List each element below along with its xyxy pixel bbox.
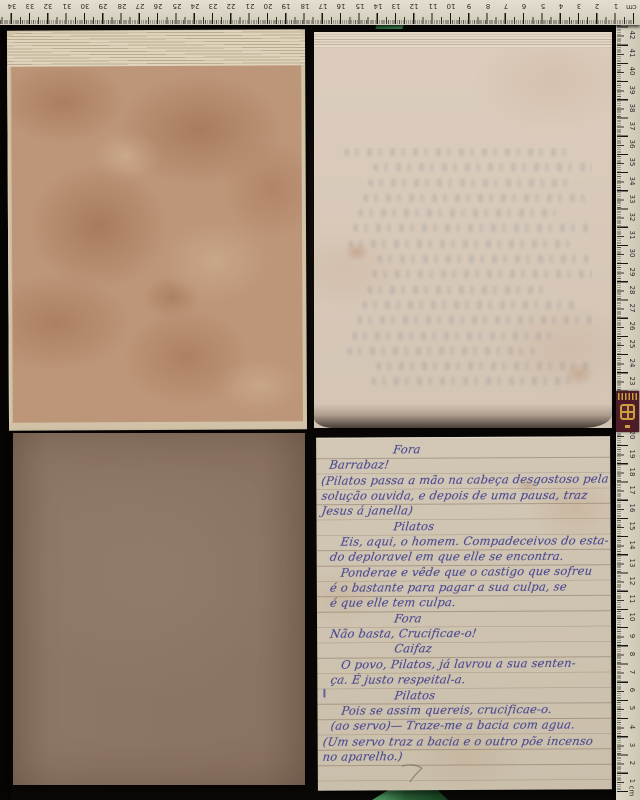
ruler-number: 7 [628, 665, 636, 679]
ruler-number: 33 [628, 192, 636, 206]
ruler-number: 3 [628, 738, 636, 752]
ruler-number: 3 [573, 2, 585, 10]
pencil-squiggle [398, 762, 432, 784]
manuscript-line: Ponderae e vêde que o castigo que sofreu [340, 563, 613, 580]
bleedthrough-line [376, 362, 592, 370]
ruler-number: 13 [390, 2, 402, 10]
bleedthrough-line [377, 255, 589, 263]
bleedthrough-line [363, 194, 592, 202]
manuscript-line: é que elle tem culpa. [329, 595, 613, 612]
bleedthrough-line [373, 163, 592, 171]
ruler-number: 33 [24, 2, 36, 10]
ruler-number: 38 [628, 101, 636, 115]
ruler-number: 42 [628, 28, 636, 42]
manuscript-line: O povo, Pilatos, já lavrou a sua senten- [340, 655, 613, 672]
ruler-number: 8 [482, 2, 494, 10]
faint-recto-page [314, 32, 612, 428]
ruler-number: 9 [463, 2, 475, 10]
ruler-number: 1 [610, 2, 622, 10]
stained-verso-page [7, 29, 307, 431]
bleedthrough-line [362, 301, 580, 309]
ruler-number: 34 [628, 174, 636, 188]
manuscript-page: ForaBarrabaz!(Pilatos passa a mão na cab… [316, 436, 612, 791]
ruler-number: 12 [408, 2, 420, 10]
ink-bleedthrough [340, 148, 592, 388]
ruler-number: 2 [628, 756, 636, 770]
bleedthrough-line [367, 286, 545, 294]
ruler-number: 20 [262, 2, 274, 10]
ruler-number: 18 [299, 2, 311, 10]
ruler-number: 25 [171, 2, 183, 10]
ruler-number: 15 [628, 519, 636, 533]
ruler-number: 30 [628, 246, 636, 260]
ruler-number: 14 [372, 2, 384, 10]
manuscript-line: (Pilatos passa a mão na cabeça desgostos… [320, 471, 612, 489]
ruler-number: 37 [628, 119, 636, 133]
ruler-number: 2 [591, 2, 603, 10]
ruler-number: 23 [628, 374, 636, 388]
manuscript-line: Fora [392, 441, 612, 457]
ruler-number: 31 [61, 2, 73, 10]
ruler-number: 34 [6, 2, 18, 10]
ruler-number: 6 [628, 683, 636, 697]
manuscript-lines: ForaBarrabaz!(Pilatos passa a mão na cab… [316, 441, 612, 765]
ruler-number: 28 [628, 283, 636, 297]
horizontal-ruler: cm 1234567891011121314151617181920212223… [0, 0, 640, 25]
page-stack-edges [314, 32, 612, 48]
ruler-number: 26 [628, 319, 636, 333]
bleedthrough-line [357, 316, 592, 324]
ruler-number: 15 [354, 2, 366, 10]
ruler-number: 41 [628, 46, 636, 60]
ruler-number: 7 [500, 2, 512, 10]
kraft-cover-page [13, 433, 305, 785]
ruler-number: 10 [445, 2, 457, 10]
ruler-number: 32 [42, 2, 54, 10]
crest-gold-dot [625, 425, 630, 428]
ruler-number: 29 [628, 265, 636, 279]
ruler-number: 23 [207, 2, 219, 10]
bleedthrough-line [372, 270, 592, 278]
ruler-number: 12 [628, 574, 636, 588]
ruler-number: 5 [537, 2, 549, 10]
ruler-number: 25 [628, 337, 636, 351]
manuscript-line: Pilatos [393, 517, 613, 534]
ruler-number: 17 [628, 483, 636, 497]
ruler-number: 36 [628, 137, 636, 151]
ruler-number: 24 [628, 356, 636, 370]
ruler-number: 4 [555, 2, 567, 10]
ruler-unit-label: cm [626, 3, 637, 11]
page-stack-edges [7, 29, 305, 69]
bleedthrough-line [352, 332, 560, 340]
ruler-number: 32 [628, 210, 636, 224]
ruler-number: 4 [628, 720, 636, 734]
ruler-number: 8 [628, 647, 636, 661]
manuscript-line: (ao servo)— Traze-me a bacia com agua. [330, 717, 614, 734]
ruler-number: 18 [628, 465, 636, 479]
manuscript-line: Jesus á janella) [321, 503, 613, 520]
ruler-number: 13 [628, 556, 636, 570]
ruler-number: 11 [427, 2, 439, 10]
ruler-number: 17 [317, 2, 329, 10]
crest-gold-emblem [620, 404, 635, 420]
ruler-number: 5 [628, 701, 636, 715]
ruler-number: 26 [152, 2, 164, 10]
manuscript-line: Pois se assim quereis, crucificae-o. [341, 701, 614, 718]
bleedthrough-line [344, 148, 569, 156]
ruler-number: 31 [628, 228, 636, 242]
ruler-number: 40 [628, 64, 636, 78]
ruler-number: 19 [628, 447, 636, 461]
ruler-number: 27 [134, 2, 146, 10]
manuscript-line: ça. É justo respeital-a. [329, 672, 613, 688]
ruler-number: 14 [628, 538, 636, 552]
ruler-ticks [0, 13, 634, 24]
ruler-number: 30 [79, 2, 91, 10]
ruler-number: 16 [335, 2, 347, 10]
ruler-number: 6 [518, 2, 530, 10]
ruler-number: 27 [628, 301, 636, 315]
ruler-number: 21 [244, 2, 256, 10]
bleedthrough-line [358, 209, 556, 217]
ruler-number: 28 [116, 2, 128, 10]
ruler-number: 24 [189, 2, 201, 10]
manuscript-line: Eis, aqui, o homem. Compadeceivos do est… [340, 533, 613, 550]
ruler-number: 19 [280, 2, 292, 10]
ruler-number: 35 [628, 155, 636, 169]
archive-crest-marker [616, 391, 639, 432]
ruler-number: 16 [628, 501, 636, 515]
page-curl-shadow [314, 404, 612, 428]
bleedthrough-line [353, 224, 591, 232]
manuscript-line: Pilatos [393, 687, 613, 703]
ruler-number: 11 [628, 592, 636, 606]
stray-ink-mark [323, 689, 325, 698]
ruler-number: 10 [628, 610, 636, 624]
manuscript-line: no aparelho.) [322, 747, 614, 765]
archival-photo: { "rulers": { "horizontal": { "unit": "c… [0, 0, 640, 800]
ruler-number: 29 [97, 2, 109, 10]
bleedthrough-line [347, 347, 535, 355]
ruler-number: 9 [628, 629, 636, 643]
manuscript-line: Caifaz [393, 641, 613, 657]
bleedthrough-line [371, 377, 573, 385]
bleedthrough-line [348, 240, 570, 248]
ruler-number: 1 [628, 774, 636, 788]
stain-texture [10, 65, 303, 423]
manuscript-line: Fora [393, 610, 613, 626]
bleedthrough-line [368, 179, 576, 187]
ruler-number: 39 [628, 83, 636, 97]
ruler-number: 22 [225, 2, 237, 10]
crest-gold-fringe [618, 393, 637, 400]
